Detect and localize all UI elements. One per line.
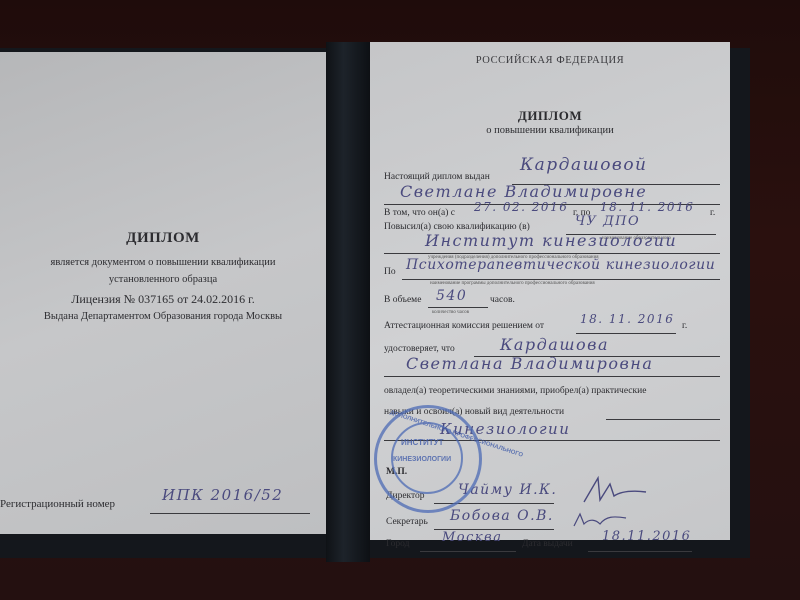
reg-number-label: Регистрационный номер (0, 498, 115, 510)
issued-to-label: Настоящий диплом выдан (384, 172, 490, 182)
stamp-center-line1: ИНСТИТУТ (401, 438, 444, 447)
secretary-value: Бобова О.В. (450, 508, 554, 524)
period-prefix: В том, что он(а) с (384, 208, 455, 218)
activity-line-1 (606, 419, 720, 420)
date-issue-line (588, 551, 692, 552)
issued-by-text: Выдана Департаментом Образования города … (0, 311, 326, 322)
director-signature-icon (580, 474, 650, 508)
program-caption: наименование программы дополнительного п… (430, 281, 595, 286)
commission-suffix: г. (682, 321, 687, 331)
left-title: ДИПЛОМ (0, 230, 326, 247)
left-line2: установленного образца (0, 274, 326, 285)
secretary-label: Секретарь (386, 517, 428, 527)
volume-caption: количество часов (432, 310, 469, 315)
city-line (420, 551, 516, 552)
right-page: РОССИЙСКАЯ ФЕДЕРАЦИЯ ДИПЛОМ о повышении … (370, 42, 730, 540)
institution-line (384, 253, 720, 254)
left-page: ДИПЛОМ является документом о повышении к… (0, 52, 326, 534)
date-to: 18. 11. 2016 (600, 200, 694, 214)
right-subtitle: о повышении квалификации (370, 125, 730, 136)
commission-date: 18. 11. 2016 (580, 312, 674, 326)
city-value: Москва (442, 530, 503, 545)
name-dative: Светлане Владимировне (400, 182, 647, 201)
right-title: ДИПЛОМ (370, 108, 730, 124)
surname-dative: Кардашовой (520, 155, 648, 175)
volume-label: В объеме (384, 295, 421, 305)
commission-label: Аттестационная комиссия решением от (384, 321, 544, 331)
date-from: 27. 02. 2016 (474, 200, 568, 214)
program-line (402, 279, 720, 280)
certifies-label: удостоверяет, что (384, 344, 455, 354)
program-name: Психотерапевтической кинезиологии (406, 257, 715, 273)
institution-stamp: ДОПОЛНИТЕЛЬНОГО ПРОФЕССИОНАЛЬНОГО ИНСТИТ… (374, 405, 482, 513)
name-nominative: Светлана Владимировна (406, 354, 653, 373)
mastered-line1: овладел(а) теоретическими знаниями, прио… (384, 386, 646, 396)
institution-short: ЧУ ДПО (575, 214, 640, 229)
date-issue-label: Дата выдачи (522, 539, 573, 549)
program-label: По (384, 267, 396, 277)
surname-nominative: Кардашова (500, 335, 609, 354)
diploma-spine (326, 42, 370, 562)
name-nom-line (384, 376, 720, 377)
city-label: Город (386, 539, 409, 549)
volume-suffix: часов. (490, 295, 515, 305)
period-suffix: г. (710, 208, 715, 218)
volume-line (428, 307, 488, 308)
institution-name: Институт кинезиологии (425, 231, 677, 250)
left-line1: является документом о повышении квалифик… (0, 257, 326, 268)
reg-number-line (150, 513, 310, 514)
reg-number-value: ИПК 2016/52 (162, 486, 283, 504)
country-header: РОССИЙСКАЯ ФЕДЕРАЦИЯ (370, 55, 730, 66)
license-text: Лицензия № 037165 от 24.02.2016 г. (0, 292, 326, 307)
date-issue-value: 18.11.2016 (602, 529, 691, 544)
commission-line (576, 333, 676, 334)
stamp-center-line2: КИНЕЗИОЛОГИИ (393, 456, 451, 463)
volume-value: 540 (436, 288, 467, 304)
